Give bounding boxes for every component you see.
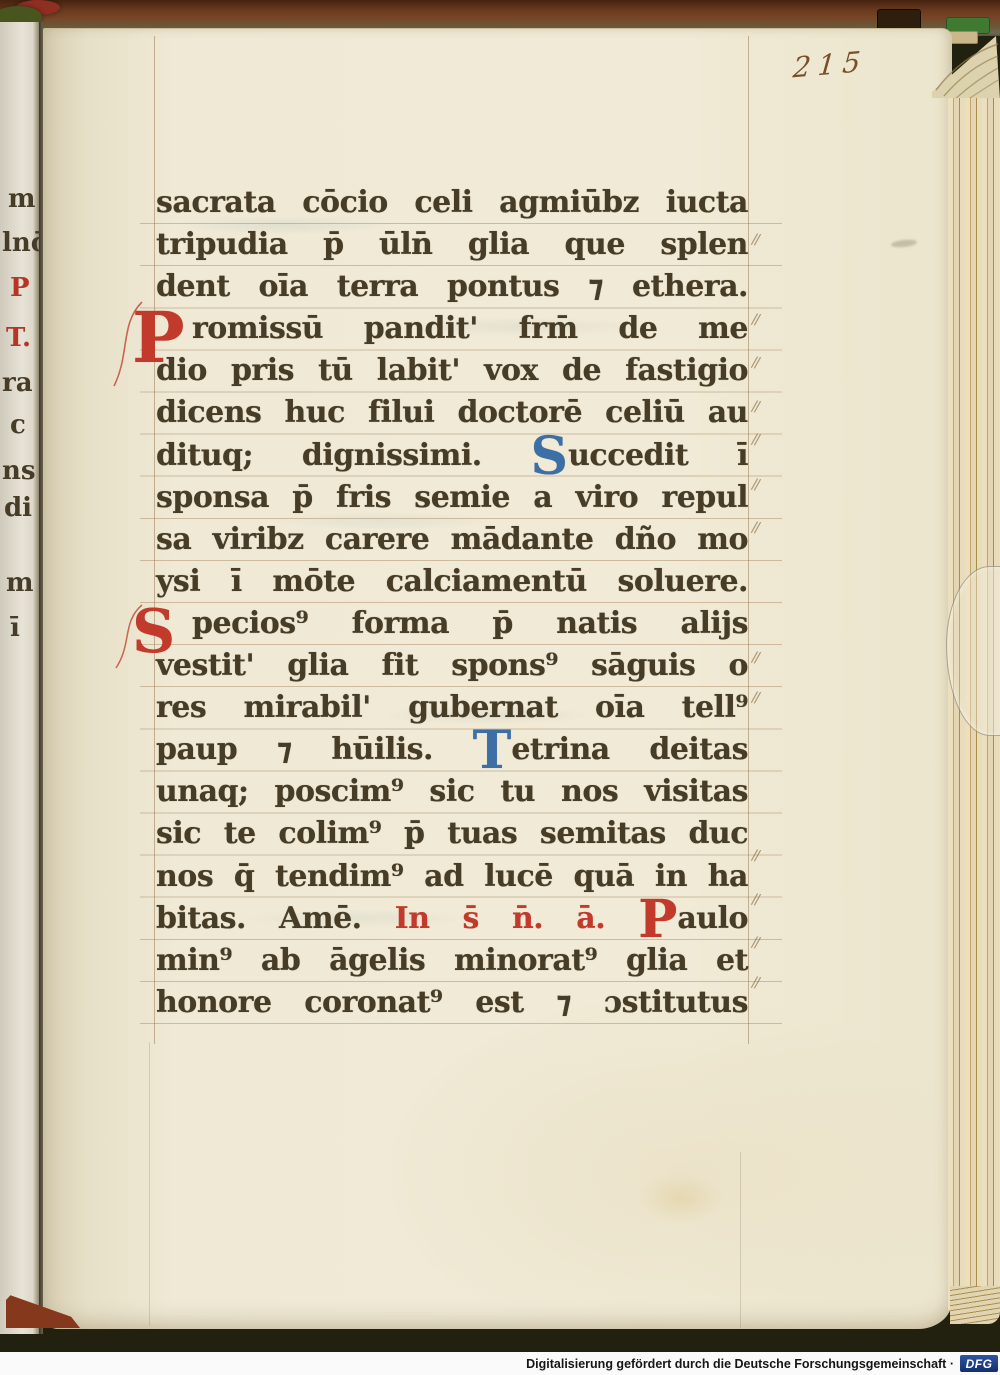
manuscript-line: sic te colim⁹ p̄ tuas semitas duc	[156, 814, 748, 856]
previous-page-text-fragment: ns	[2, 458, 36, 484]
manuscript-line: Specios⁹ forma p̄ natis alijs	[156, 604, 748, 646]
text-segment: res mirabil' gubernat oīa tell⁹	[156, 690, 748, 725]
page-crease	[740, 1152, 741, 1328]
manuscript-line: sacrata cōcio celi agmiūbz iucta	[156, 183, 748, 225]
text-segment: romissū pandit' frm̄ de me	[192, 311, 748, 346]
previous-page-edge: mlnc̄PT.racnsdimī	[0, 22, 40, 1334]
manuscript-line: paup ⁊ hūilis. Tetrina deitas	[156, 730, 748, 772]
text-segment: dituq; dignissimi.	[156, 438, 531, 473]
text-segment: dent oīa terra pontus ⁊ ethera.	[156, 269, 748, 304]
text-segment: tripudia p̄ ūln̄ glia que splen	[156, 227, 748, 262]
manuscript-line: honore coronat⁹ est ⁊ ɔstitutus	[156, 983, 748, 1025]
text-segment: uccedit ī	[568, 438, 748, 473]
rubric-text: In s̄ n̄. ā.	[395, 901, 639, 936]
previous-page-text-fragment: m	[8, 186, 36, 212]
previous-page-text-fragment: lnc̄	[2, 230, 40, 256]
text-segment: bitas. Amē.	[156, 901, 395, 936]
previous-page-text-fragment: ī	[10, 615, 20, 641]
digitization-credit: Digitalisierung gefördert durch die Deut…	[526, 1357, 954, 1371]
previous-page-text-fragment: ra	[2, 370, 33, 396]
manuscript-line: dio pris tū labit' vox de fastigio	[156, 351, 748, 393]
manuscript-line: dituq; dignissimi. Succedit ī	[156, 436, 748, 478]
manuscript-line: dent oīa terra pontus ⁊ ethera.	[156, 267, 748, 309]
manuscript-line: bitas. Amē. In s̄ n̄. ā. Paulo	[156, 899, 748, 941]
folio-number: 215	[792, 45, 869, 85]
manuscript-line: sa viribz carere mādante dño mo	[156, 520, 748, 562]
text-segment: pecios⁹ forma p̄ natis alijs	[192, 606, 748, 641]
text-segment: sa viribz carere mādante dño mo	[156, 522, 748, 557]
text-segment: unaq; poscim⁹ sic tu nos visitas	[156, 774, 748, 809]
manuscript-line: unaq; poscim⁹ sic tu nos visitas	[156, 772, 748, 814]
manuscript-line: Promissū pandit' frm̄ de me	[156, 309, 748, 351]
scanned-manuscript-page: mlnc̄PT.racnsdimī 215 sacrata cōcio celi…	[0, 0, 1000, 1375]
dfg-logo: DFG	[960, 1355, 998, 1372]
previous-page-text-fragment: T.	[6, 325, 31, 351]
text-segment: sponsa p̄ fris semie a viro repul	[156, 480, 748, 515]
text-segment: paup ⁊ hūilis.	[156, 732, 473, 767]
text-segment: etrina deitas	[511, 732, 748, 767]
text-segment: vestit' glia fit spons⁹ sāguis o	[156, 648, 748, 683]
manuscript-line: dicens huc filui doctorē celiū au	[156, 393, 748, 435]
text-segment: dio pris tū labit' vox de fastigio	[156, 353, 748, 388]
previous-page-text-fragment: m	[6, 570, 34, 596]
manuscript-line: tripudia p̄ ūln̄ glia que splen	[156, 225, 748, 267]
text-segment: sacrata cōcio celi agmiūbz iucta	[156, 185, 748, 220]
text-segment: aulo	[677, 901, 748, 936]
manuscript-line: ysi ī mōte calciamentū soluere.	[156, 562, 748, 604]
text-segment: min⁹ ab āgelis minorat⁹ glia et	[156, 943, 748, 978]
manuscript-line: vestit' glia fit spons⁹ sāguis o	[156, 646, 748, 688]
previous-page-text-fragment: c	[10, 412, 26, 438]
previous-page-text-fragment: di	[4, 495, 32, 521]
page-corner-stack-bottom	[950, 1286, 1000, 1324]
manuscript-line: res mirabil' gubernat oīa tell⁹	[156, 688, 748, 730]
parchment-stain	[638, 1172, 724, 1224]
text-segment: ysi ī mōte calciamentū soluere.	[156, 564, 748, 599]
text-segment: sic te colim⁹ p̄ tuas semitas duc	[156, 816, 748, 851]
manuscript-line: sponsa p̄ fris semie a viro repul	[156, 478, 748, 520]
manuscript-line: min⁹ ab āgelis minorat⁹ glia et	[156, 941, 748, 983]
previous-page-text-fragment: P	[10, 275, 30, 301]
digitization-banner: Digitalisierung gefördert durch die Deut…	[0, 1352, 1000, 1375]
page-crease	[149, 1042, 150, 1326]
text-block: sacrata cōcio celi agmiūbz iuctatripudia…	[156, 183, 748, 1025]
page-corner-stack	[932, 30, 1000, 98]
text-segment: dicens huc filui doctorē celiū au	[156, 395, 748, 430]
text-segment: honore coronat⁹ est ⁊ ɔstitutus	[156, 985, 748, 1020]
